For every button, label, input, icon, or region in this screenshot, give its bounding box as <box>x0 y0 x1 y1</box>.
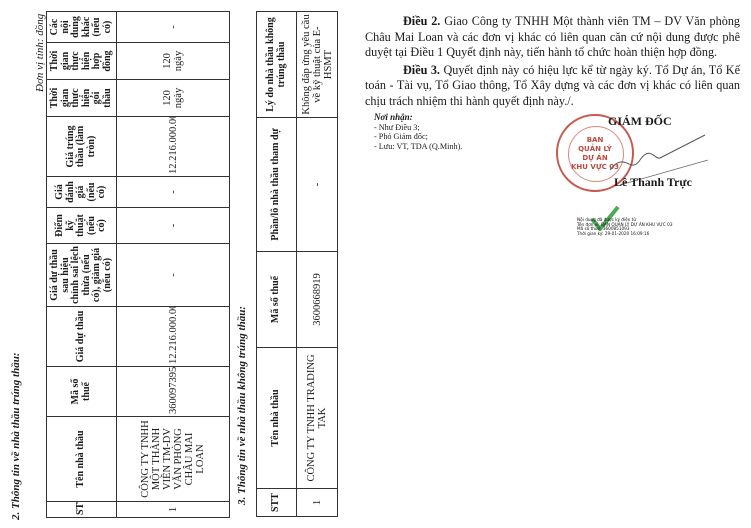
esign-line: Thời gian ký: 29-01-2020 16:09:16 <box>577 232 672 237</box>
cell-package-duration: 120 ngày <box>117 80 230 117</box>
header-cell: Giá dự thầu <box>47 307 117 367</box>
table-header-row: STT Tên nhà thầu Mã số thuế Giá dự thầu … <box>47 12 117 518</box>
recipient-item: - Lưu: VT, TDA (Q.Minh). <box>374 142 462 152</box>
cell-stt: 1 <box>297 489 338 517</box>
recipient-item: - Phó Giám đốc; <box>374 132 462 142</box>
header-cell: Điểm kỹ thuật (nếu có) <box>47 208 117 244</box>
header-cell: Tên nhà thầu <box>47 417 117 502</box>
article-3: Điều 3. Quyết định này có hiệu lực kể từ… <box>365 63 740 110</box>
header-cell: Mã số thuế <box>47 367 117 417</box>
article-label: Điều 2. <box>403 14 440 28</box>
signer-name: Lê Thanh Trực <box>614 175 692 190</box>
cell-bidder-name: CÔNG TY TNHH TRADING TAK <box>297 348 338 489</box>
unit-label: Đơn vị tính: đồng <box>34 14 46 92</box>
header-cell: STT <box>47 502 117 518</box>
section3-caption: 3. Thông tin về nhà thầu không trúng thầ… <box>236 306 248 505</box>
winning-bidder-table: STT Tên nhà thầu Mã số thuế Giá dự thầu … <box>46 11 230 518</box>
header-cell: Giá đánh giá (nếu có) <box>47 177 117 208</box>
cell-stt: 1 <box>117 502 230 518</box>
table-row: 1 CÔNG TY TNHH MỘT THÀNH VIÊN TM-DV VĂN … <box>117 12 230 518</box>
article-label: Điều 3. <box>403 63 440 77</box>
header-cell: STT <box>257 489 297 517</box>
winning-bidder-table-wrap: STT Tên nhà thầu Mã số thuế Giá dự thầu … <box>46 11 230 518</box>
header-cell: Phần/lô nhà thầu tham dự <box>257 118 297 252</box>
cell-reason: Không đáp ứng yêu cầu về kỹ thuật của E-… <box>297 12 338 118</box>
cell-bidder-name: CÔNG TY TNHH MỘT THÀNH VIÊN TM-DV VĂN PH… <box>117 417 230 502</box>
header-cell: Thời gian thực hiện hợp đồng <box>47 43 117 80</box>
articles: Điều 2. Giao Công ty TNHH Một thành viên… <box>365 14 740 111</box>
recipients: Nơi nhận: - Như Điều 3; - Phó Giám đốc; … <box>374 113 462 151</box>
cell-adjusted-price: - <box>117 244 230 307</box>
cell-tax-code: 3600973951 <box>117 367 230 417</box>
header-cell: Các nội dung khác (nếu có) <box>47 12 117 43</box>
header-cell: Thời gian thực hiện gói thầu <box>47 80 117 117</box>
recipient-item: - Như Điều 3; <box>374 123 462 133</box>
cell-evaluated-price: - <box>117 177 230 208</box>
digital-signature-info: Nội dung đã được ký điện tử Tên đơn vị: … <box>577 218 672 236</box>
losing-bidder-table: STT Tên nhà thầu Mã số thuế Phần/lô nhà … <box>256 11 338 517</box>
article-2: Điều 2. Giao Công ty TNHH Một thành viên… <box>365 14 740 61</box>
cell-tax-code: 3600668919 <box>297 252 338 348</box>
signer-title: GIÁM ĐỐC <box>608 114 672 129</box>
recipients-title: Nơi nhận: <box>374 113 462 123</box>
table-row: 1 CÔNG TY TNHH TRADING TAK 3600668919 - … <box>297 12 338 517</box>
cell-lot: - <box>297 118 338 252</box>
cell-winning-price: 12.216.000.000 <box>117 117 230 177</box>
cell-contract-duration: 120 ngày <box>117 43 230 80</box>
losing-bidder-table-wrap: STT Tên nhà thầu Mã số thuế Phần/lô nhà … <box>256 11 338 517</box>
header-cell: Lý do nhà thầu không trúng thầu <box>257 12 297 118</box>
section2-caption: 2. Thông tin về nhà thầu trúng thầu: <box>10 352 22 520</box>
cell-tech-score: - <box>117 208 230 244</box>
cell-other: - <box>117 12 230 43</box>
table-header-row: STT Tên nhà thầu Mã số thuế Phần/lô nhà … <box>257 12 297 517</box>
cell-bid-price: 12.216.000.000 <box>117 307 230 367</box>
header-cell: Mã số thuế <box>257 252 297 348</box>
header-cell: Giá trúng thầu (làm tròn) <box>47 117 117 177</box>
header-cell: Giá dự thầu sau hiệu chỉnh sai lệch thừa… <box>47 244 117 307</box>
header-cell: Tên nhà thầu <box>257 348 297 489</box>
